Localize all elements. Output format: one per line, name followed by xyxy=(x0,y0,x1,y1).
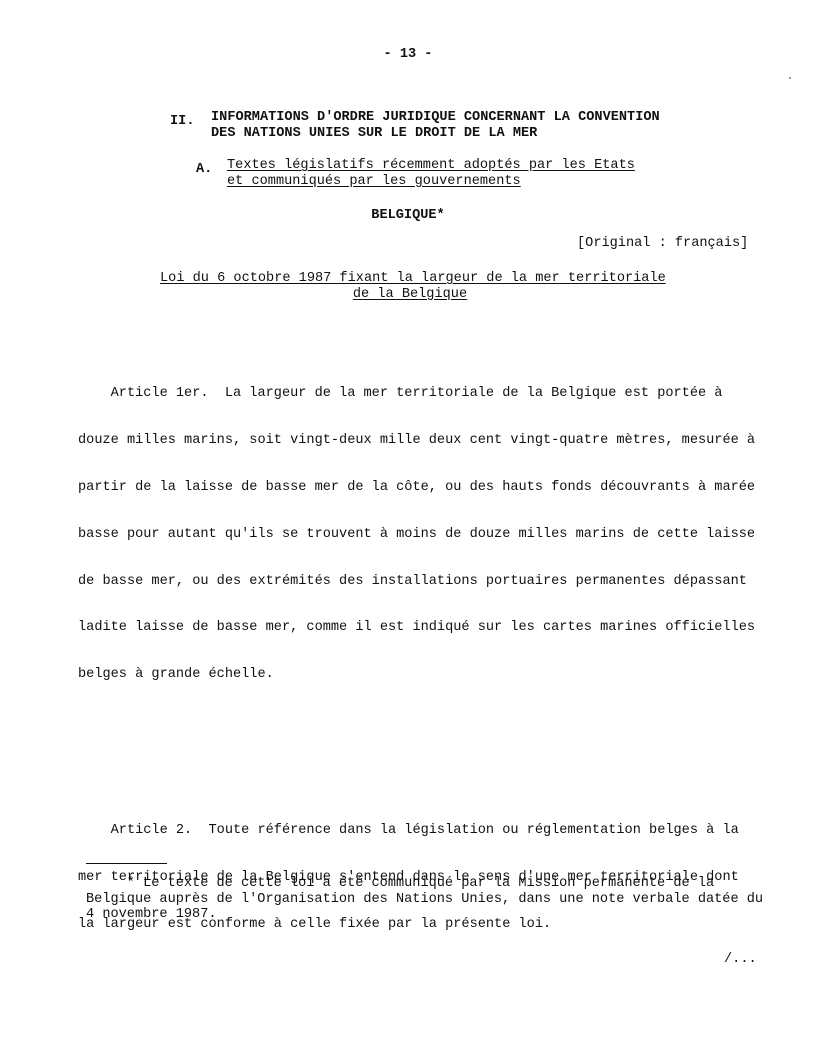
continued-marker: /... xyxy=(724,952,757,968)
section-number: II. xyxy=(170,114,194,130)
article-1-line: basse pour autant qu'ils se trouvent à m… xyxy=(78,527,758,543)
page-number: - 13 - xyxy=(0,47,816,63)
article-1: Article 1er. La largeur de la mer territ… xyxy=(78,355,758,714)
article-2-line: Article 2. Toute référence dans la légis… xyxy=(78,823,758,839)
subsection-title-line-1: Textes législatifs récemment adoptés par… xyxy=(227,158,635,173)
paragraph-gap xyxy=(78,745,758,761)
article-1-line: belges à grande échelle. xyxy=(78,667,758,683)
original-language-note: [Original : français] xyxy=(577,236,748,252)
article-1-line: de basse mer, ou des extrémités des inst… xyxy=(78,574,758,590)
law-title: Loi du 6 octobre 1987 fixant la largeur … xyxy=(160,271,660,302)
scan-speck xyxy=(789,77,791,79)
footnote: * Le texte de cette loi a été communiqué… xyxy=(86,876,763,923)
subsection-number: A. xyxy=(196,162,212,178)
footnote-line: 4 novembre 1987. xyxy=(86,907,217,922)
article-1-line: partir de la laisse de basse mer de la c… xyxy=(78,480,758,496)
article-1-line: Article 1er. La largeur de la mer territ… xyxy=(78,386,758,402)
footnote-line: * Le texte de cette loi a été communiqué… xyxy=(86,876,714,891)
law-title-line-1: Loi du 6 octobre 1987 fixant la largeur … xyxy=(160,271,666,286)
article-1-line: douze milles marins, soit vingt-deux mil… xyxy=(78,433,758,449)
section-title: INFORMATIONS D'ORDRE JURIDIQUE CONCERNAN… xyxy=(211,110,660,141)
footnote-line: Belgique auprès de l'Organisation des Na… xyxy=(86,892,763,907)
law-title-line-2: de la Belgique xyxy=(353,287,467,302)
section-title-line-1: INFORMATIONS D'ORDRE JURIDIQUE CONCERNAN… xyxy=(211,110,660,125)
country-heading: BELGIQUE* xyxy=(0,208,816,224)
subsection-title: Textes législatifs récemment adoptés par… xyxy=(227,158,635,189)
section-title-line-2: DES NATIONS UNIES SUR LE DROIT DE LA MER xyxy=(211,126,537,141)
article-1-line: ladite laisse de basse mer, comme il est… xyxy=(78,620,758,636)
footnote-separator xyxy=(86,863,167,864)
subsection-title-line-2: et communiqués par les gouvernements xyxy=(227,174,521,189)
